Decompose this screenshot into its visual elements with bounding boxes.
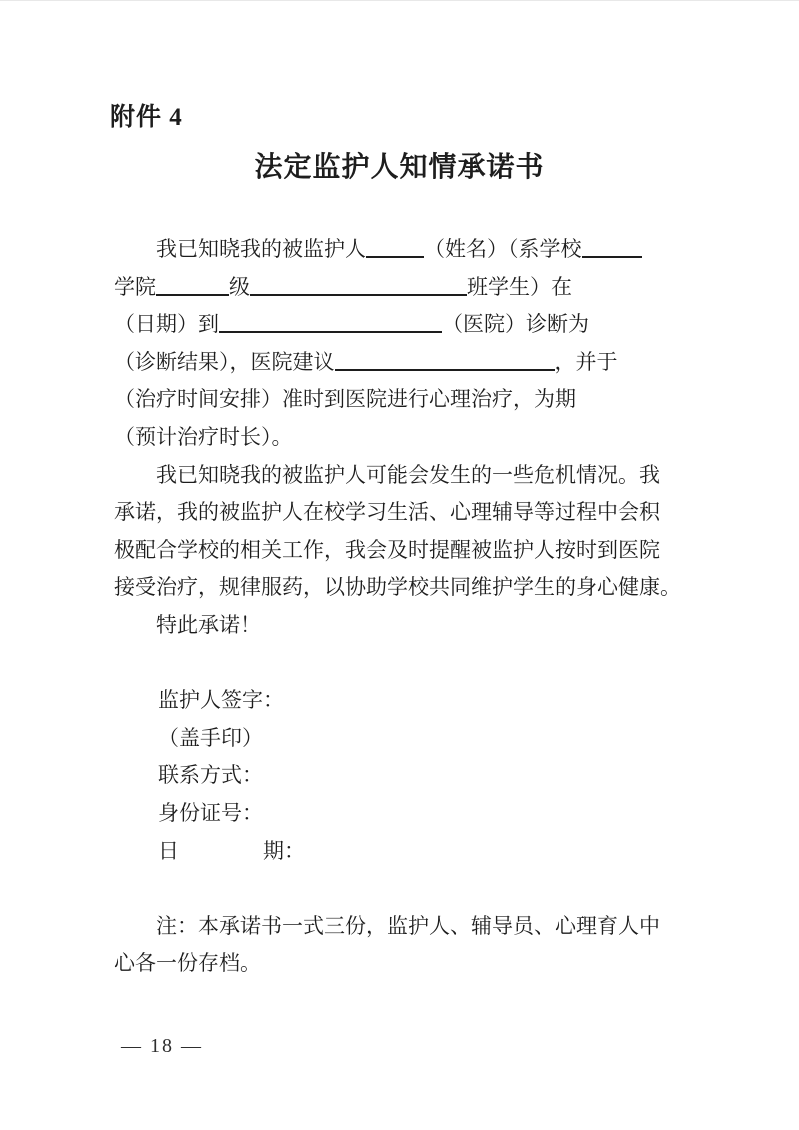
signature-line: 联系方式：	[114, 757, 686, 795]
blank-line	[114, 870, 686, 908]
text-run: ，并于	[555, 350, 618, 374]
text-run: 接受治疗，规律服药，以协助学校共同维护学生的身心健康。	[114, 575, 681, 599]
text-run: （医院）诊断为	[442, 312, 589, 336]
document-line: 学院级班学生）在	[114, 269, 686, 307]
blank-line	[114, 645, 686, 683]
attachment-label: 附件 4	[110, 97, 183, 133]
signature-line: 日 期：	[114, 833, 686, 871]
text-run: 注：本承诺书一式三份，监护人、辅导员、心理育人中	[156, 914, 660, 938]
page-number: — 18 —	[121, 1035, 203, 1058]
page-title: 法定监护人知情承诺书	[0, 145, 799, 185]
text-run: （日期）到	[114, 312, 219, 336]
note-block: 注：本承诺书一式三份，监护人、辅导员、心理育人中心各一份存档。	[114, 908, 686, 983]
text-run: 级	[229, 275, 250, 299]
note-line: 注：本承诺书一式三份，监护人、辅导员、心理育人中	[114, 908, 686, 946]
document-line: （日期）到（医院）诊断为	[114, 306, 686, 344]
fill-in-blank	[335, 356, 555, 371]
fill-in-blank	[219, 318, 442, 333]
fill-in-blank	[156, 281, 229, 296]
document-line: 我已知晓我的被监护人（姓名）（系学校	[114, 231, 686, 269]
document-body: 我已知晓我的被监护人（姓名）（系学校学院级班学生）在（日期）到（医院）诊断为（诊…	[114, 231, 686, 983]
signature-line: （盖手印）	[114, 720, 686, 758]
paragraph-commitment: 我已知晓我的被监护人可能会发生的一些危机情况。我承诺，我的被监护人在校学习生活、…	[114, 457, 686, 607]
document-line: 我已知晓我的被监护人可能会发生的一些危机情况。我	[114, 457, 686, 495]
fill-in-blank	[250, 281, 467, 296]
document-line: 承诺，我的被监护人在校学习生活、心理辅导等过程中会积	[114, 494, 686, 532]
text-run: 学院	[114, 275, 156, 299]
text-run: 心各一份存档。	[114, 951, 261, 975]
paragraph-intro: 我已知晓我的被监护人（姓名）（系学校学院级班学生）在（日期）到（医院）诊断为（诊…	[114, 231, 686, 457]
paragraph-closing: 特此承诺！	[114, 607, 686, 645]
text-run: 班学生）在	[467, 275, 572, 299]
text-run: （预计治疗时长）。	[114, 425, 293, 449]
document-line: （治疗时间安排）准时到医院进行心理治疗，为期	[114, 381, 686, 419]
text-run: 我已知晓我的被监护人可能会发生的一些危机情况。我	[156, 463, 660, 487]
document-line: 特此承诺！	[114, 607, 686, 645]
signature-line: 监护人签字：	[114, 682, 686, 720]
text-run: 承诺，我的被监护人在校学习生活、心理辅导等过程中会积	[114, 500, 660, 524]
document-line: 接受治疗，规律服药，以协助学校共同维护学生的身心健康。	[114, 569, 686, 607]
fill-in-blank	[582, 243, 642, 258]
document-page: 附件 4 法定监护人知情承诺书 我已知晓我的被监护人（姓名）（系学校学院级班学生…	[0, 0, 799, 1130]
text-run: 我已知晓我的被监护人	[156, 237, 366, 261]
document-line: （诊断结果），医院建议，并于	[114, 344, 686, 382]
note-line: 心各一份存档。	[114, 945, 686, 983]
signature-block: 监护人签字：（盖手印）联系方式：身份证号：日 期：	[114, 682, 686, 870]
text-run: （治疗时间安排）准时到医院进行心理治疗，为期	[114, 387, 576, 411]
text-run: 特此承诺！	[156, 613, 261, 637]
document-line: 极配合学校的相关工作，我会及时提醒被监护人按时到医院	[114, 532, 686, 570]
text-run: 极配合学校的相关工作，我会及时提醒被监护人按时到医院	[114, 538, 660, 562]
signature-line: 身份证号：	[114, 795, 686, 833]
document-line: （预计治疗时长）。	[114, 419, 686, 457]
text-run: （姓名）（系学校	[424, 237, 582, 261]
fill-in-blank	[366, 243, 424, 258]
text-run: （诊断结果），医院建议	[114, 350, 335, 374]
